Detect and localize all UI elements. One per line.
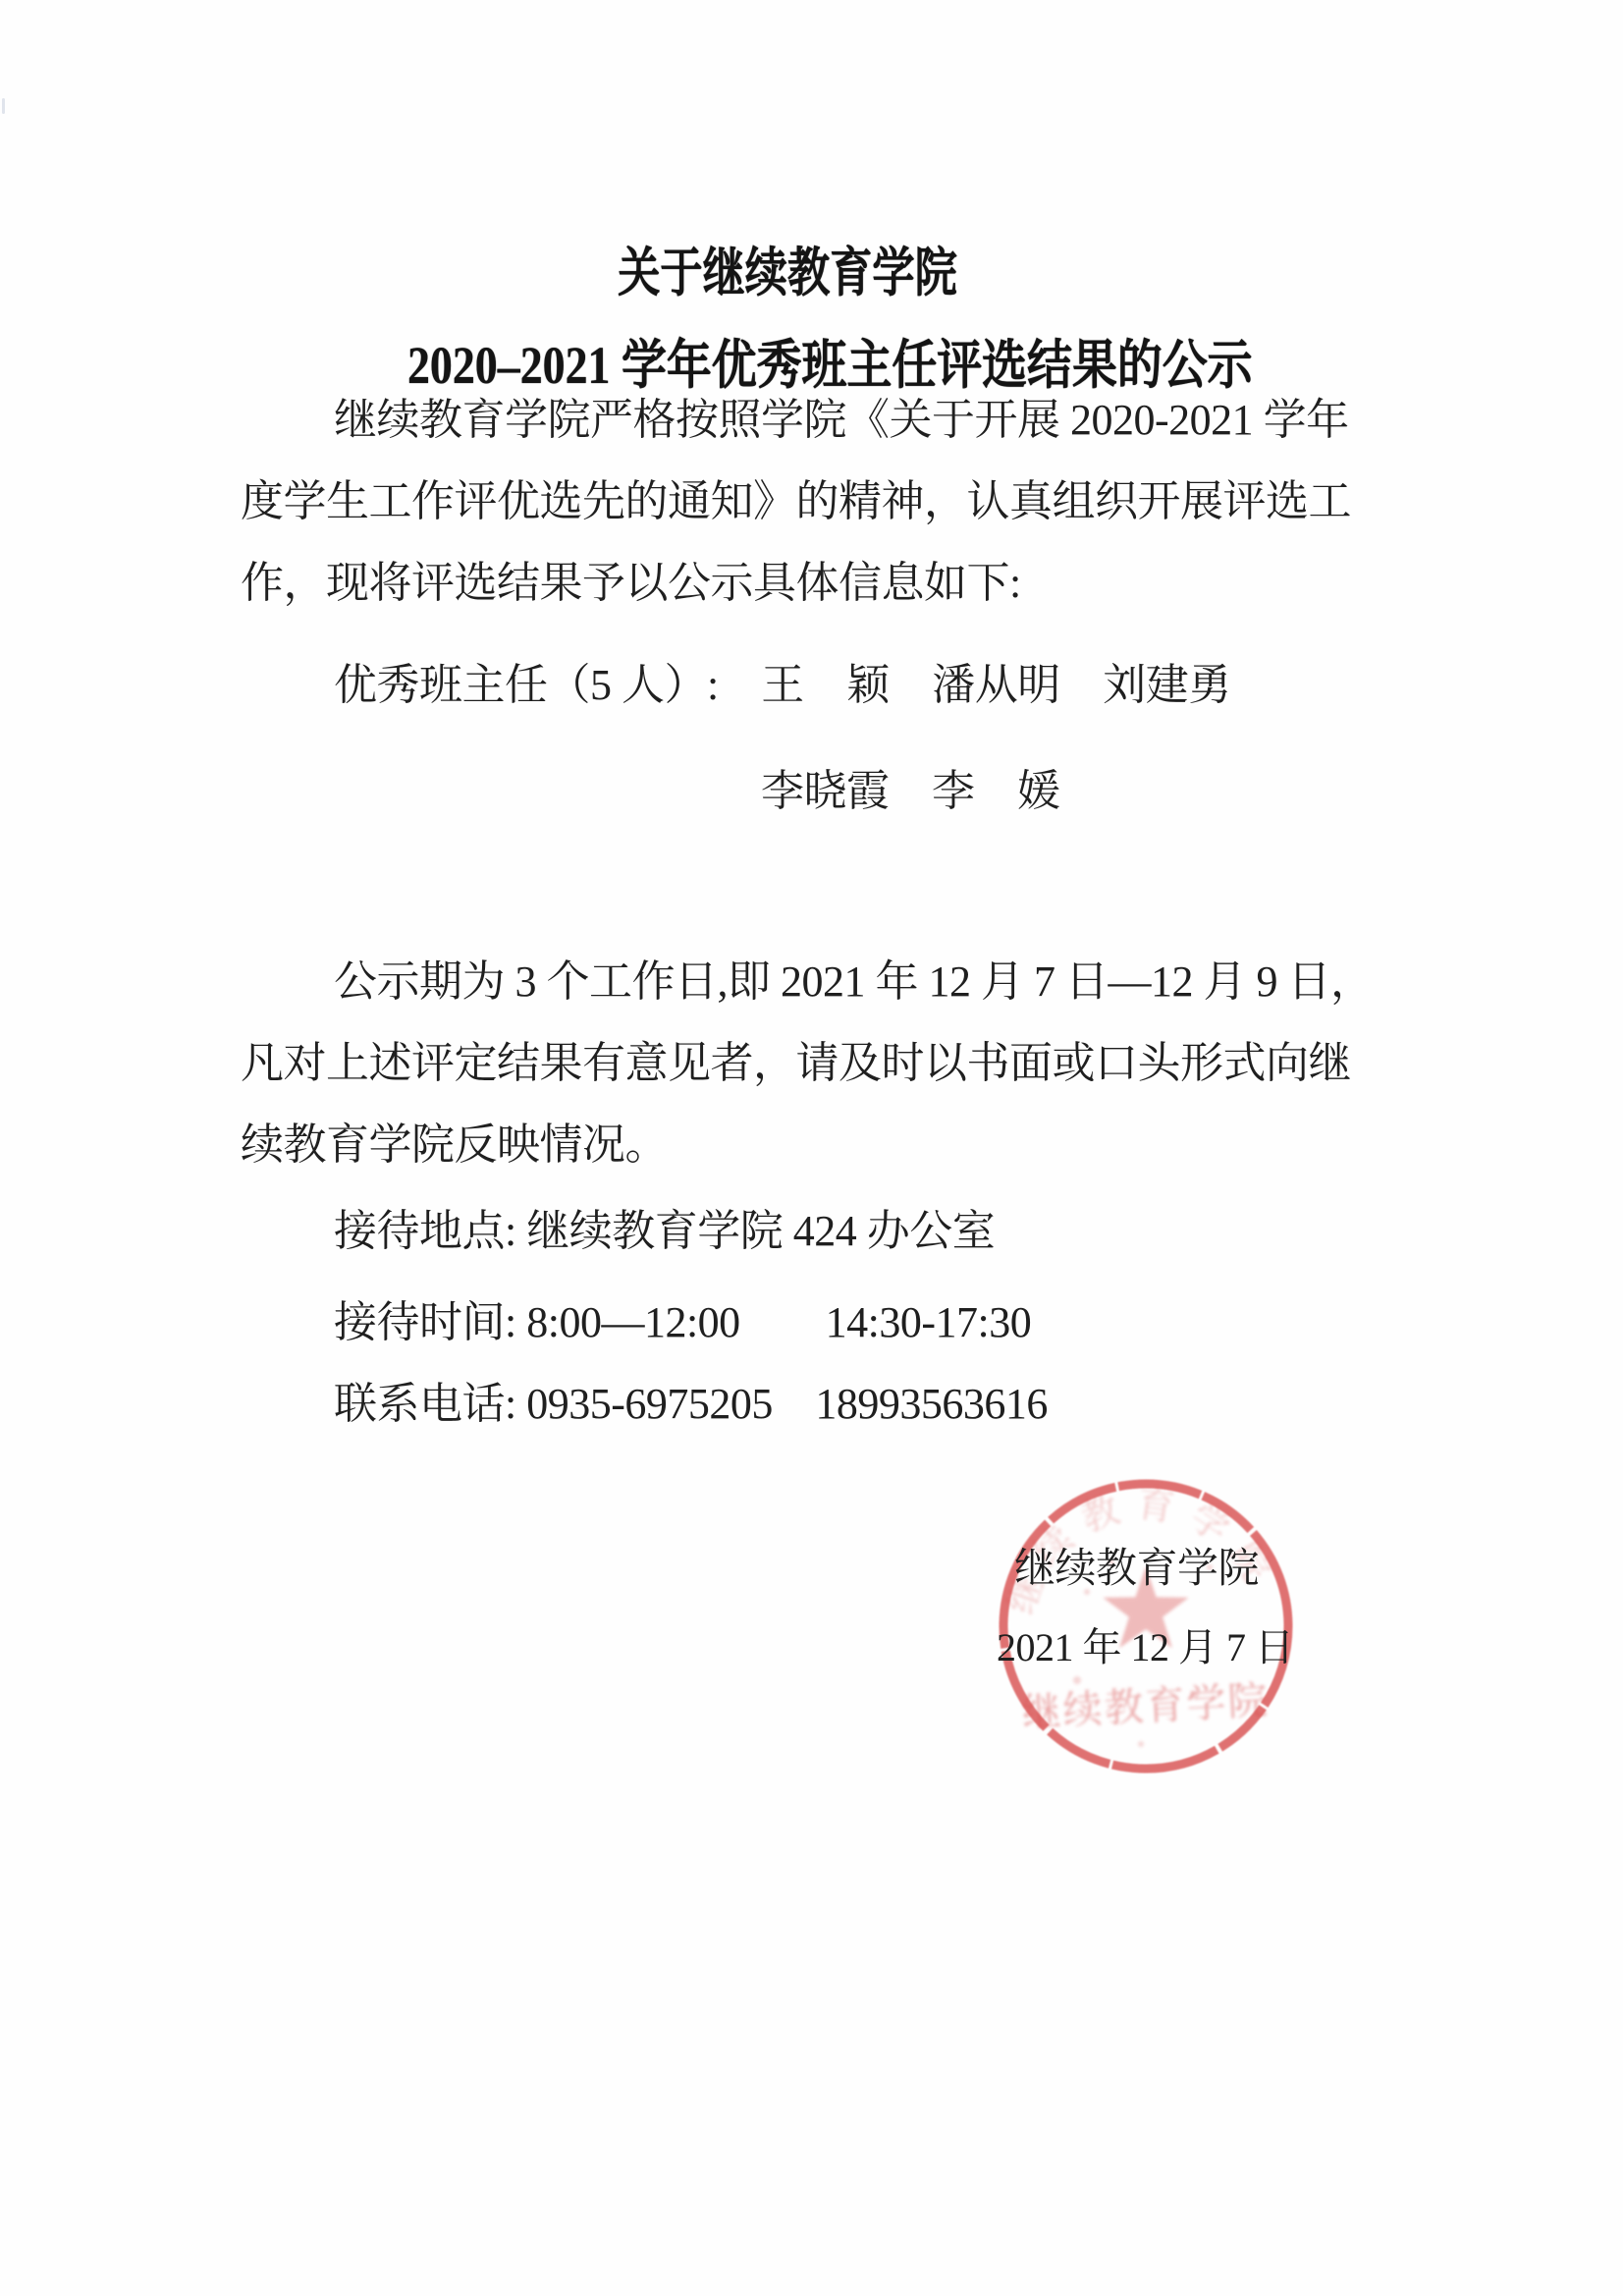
paragraph-intro: 继续教育学院严格按照学院《关于开展 2020-2021 学年 度学生工作评优选先…	[241, 379, 1380, 624]
paragraph-line: 作，现将评选结果予以公示具体信息如下:	[241, 542, 1380, 624]
signature-unit-name: 继续教育学院	[1014, 1548, 1259, 1591]
seal-inner-text: 继续教育学院	[1021, 1677, 1271, 1734]
paragraph-publicity-period: 公示期为 3 个工作日,即 2021 年 12 月 7 日—12 月 9 日， …	[241, 941, 1380, 1185]
announcement-document-page: 关于继续教育学院 2020–2021 学年优秀班主任评选结果的公示 继续教育学院…	[0, 0, 1623, 2296]
contact-hours-line: 接待时间: 8:00—12:00 14:30-17:30	[334, 1293, 1031, 1352]
paragraph-line: 凡对上述评定结果有意见者，请及时以书面或口头形式向继	[241, 1022, 1380, 1104]
awardees-list-line1: 优秀班主任（5 人）: 王 颖 潘从明 刘建勇	[334, 656, 1231, 715]
contact-phone-line: 联系电话: 0935-6975205 18993563616	[334, 1375, 1048, 1434]
paragraph-line: 继续教育学院严格按照学院《关于开展 2020-2021 学年	[241, 379, 1380, 461]
paragraph-line: 度学生工作评优选先的通知》的精神，认真组织开展评选工	[241, 461, 1380, 542]
signature-date: 2021 年 12 月 7 日	[997, 1626, 1294, 1669]
paragraph-line: 续教育学院反映情况。	[241, 1104, 1380, 1185]
awardees-list-line2: 李晓霞 李 媛	[761, 762, 1060, 821]
scan-artifact	[2, 98, 5, 114]
contact-location-line: 接待地点: 继续教育学院 424 办公室	[334, 1202, 995, 1261]
paragraph-line: 公示期为 3 个工作日,即 2021 年 12 月 7 日—12 月 9 日，	[241, 941, 1380, 1022]
